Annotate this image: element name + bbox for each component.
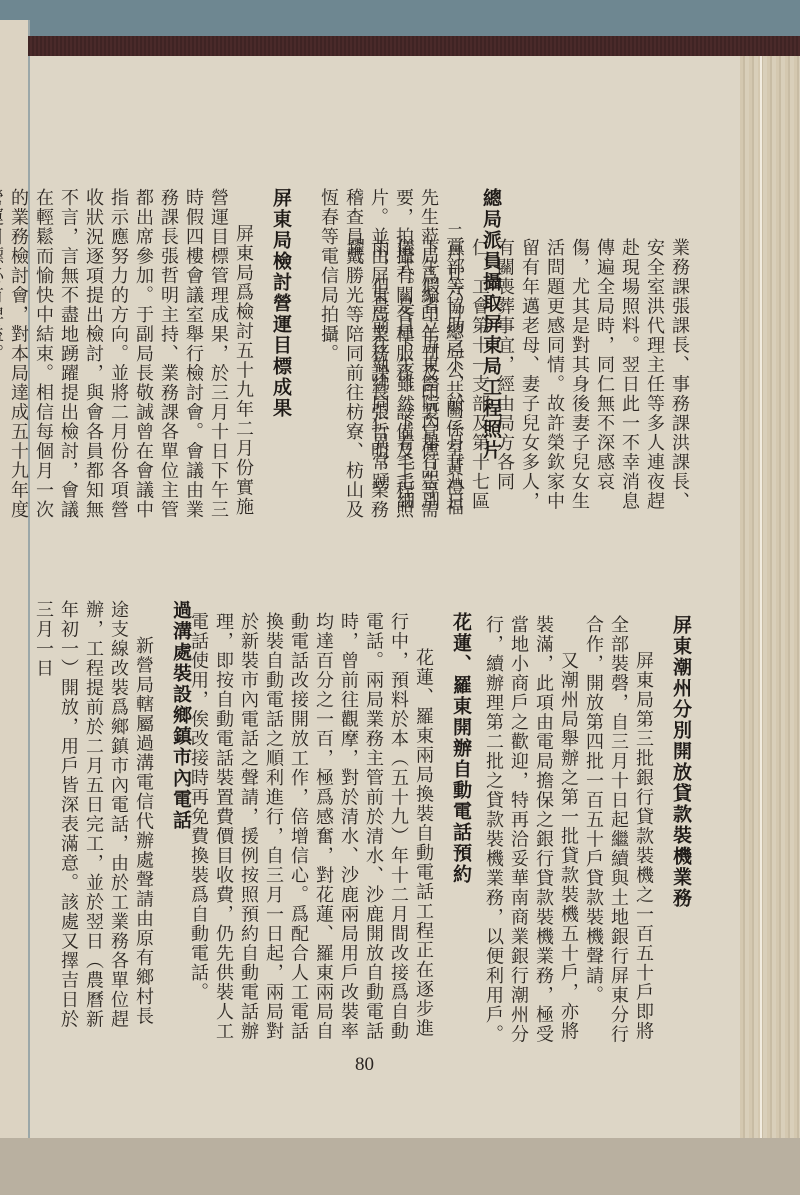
- article-title: 屏東潮州分別開放貸款裝機業務: [670, 615, 692, 1055]
- paragraph: 屏東局爲檢討五十九年二月份實施營運目標管理成果，於三月十日下午三時假四樓會議室舉…: [0, 188, 256, 528]
- article-photo: 總局派員攝取屏東局工程照片 二月廿六日總局公共關係室黃禮福先生蒞局爲編印年刊及印…: [312, 188, 502, 528]
- book-binding: [28, 36, 800, 56]
- article-title: 過溝處裝設鄉鎮市內電話: [170, 600, 192, 1040]
- article-title: 花蓮、羅東開辦自動電話預約: [450, 612, 472, 1052]
- paragraph: 新營局轄屬過溝電信代辦處聲請由原有鄉村長途支線改裝爲鄉鎮市內電話，由於工業務各單…: [31, 600, 156, 1040]
- bottom-margin: [0, 1138, 800, 1195]
- article-guogou: 過溝處裝設鄉鎮市內電話 新營局轄屬過溝電信代辦處聲請由原有鄉村長途支線改裝爲鄉鎮…: [62, 600, 192, 1040]
- article-title: 總局派員攝取屏東局工程照片: [480, 188, 502, 528]
- paragraph: 屏東局第三批銀行貸款裝機之一百五十戶即將全部裝磬，自三月十日起繼續與土地銀行屏東…: [581, 615, 656, 1055]
- page-number: 80: [355, 1054, 374, 1076]
- article-title: 屏東局檢討營運目標成果: [270, 188, 292, 528]
- paragraph: 二月廿六日總局公共關係室黃禮福先生蒞局爲編印年刊及印製宣傳品等需要，拍攝有關各種…: [316, 188, 466, 528]
- article-review: 屏東局檢討營運目標成果 屏東局爲檢討五十九年二月份實施營運目標管理成果，於三月十…: [72, 188, 292, 528]
- article-auto-phone: 花蓮、羅東開辦自動電話預約 花蓮、羅東兩局換裝自動電話工程正在逐步進行中，預料於…: [202, 612, 472, 1052]
- article-continuation: 業務課張課長、事務課洪課長、安全室洪代理主任等多人連夜趕赴現場照料。翌日此一不幸…: [512, 238, 692, 528]
- paragraph: 花蓮、羅東兩局換裝自動電話工程正在逐步進行中，預料於本（五十九）年十二月間改接爲…: [186, 612, 436, 1052]
- article-loan: 屏東潮州分別開放貸款裝機業務 屏東局第三批銀行貸款裝機之一百五十戶即將全部裝磬，…: [492, 615, 692, 1055]
- page-fore-edge: [740, 56, 800, 1195]
- paragraph: 又潮州局舉辦之第一批貸款裝機五十戶，亦將裝滿，此項由電局擔保之銀行貸款裝機業務，…: [481, 615, 581, 1055]
